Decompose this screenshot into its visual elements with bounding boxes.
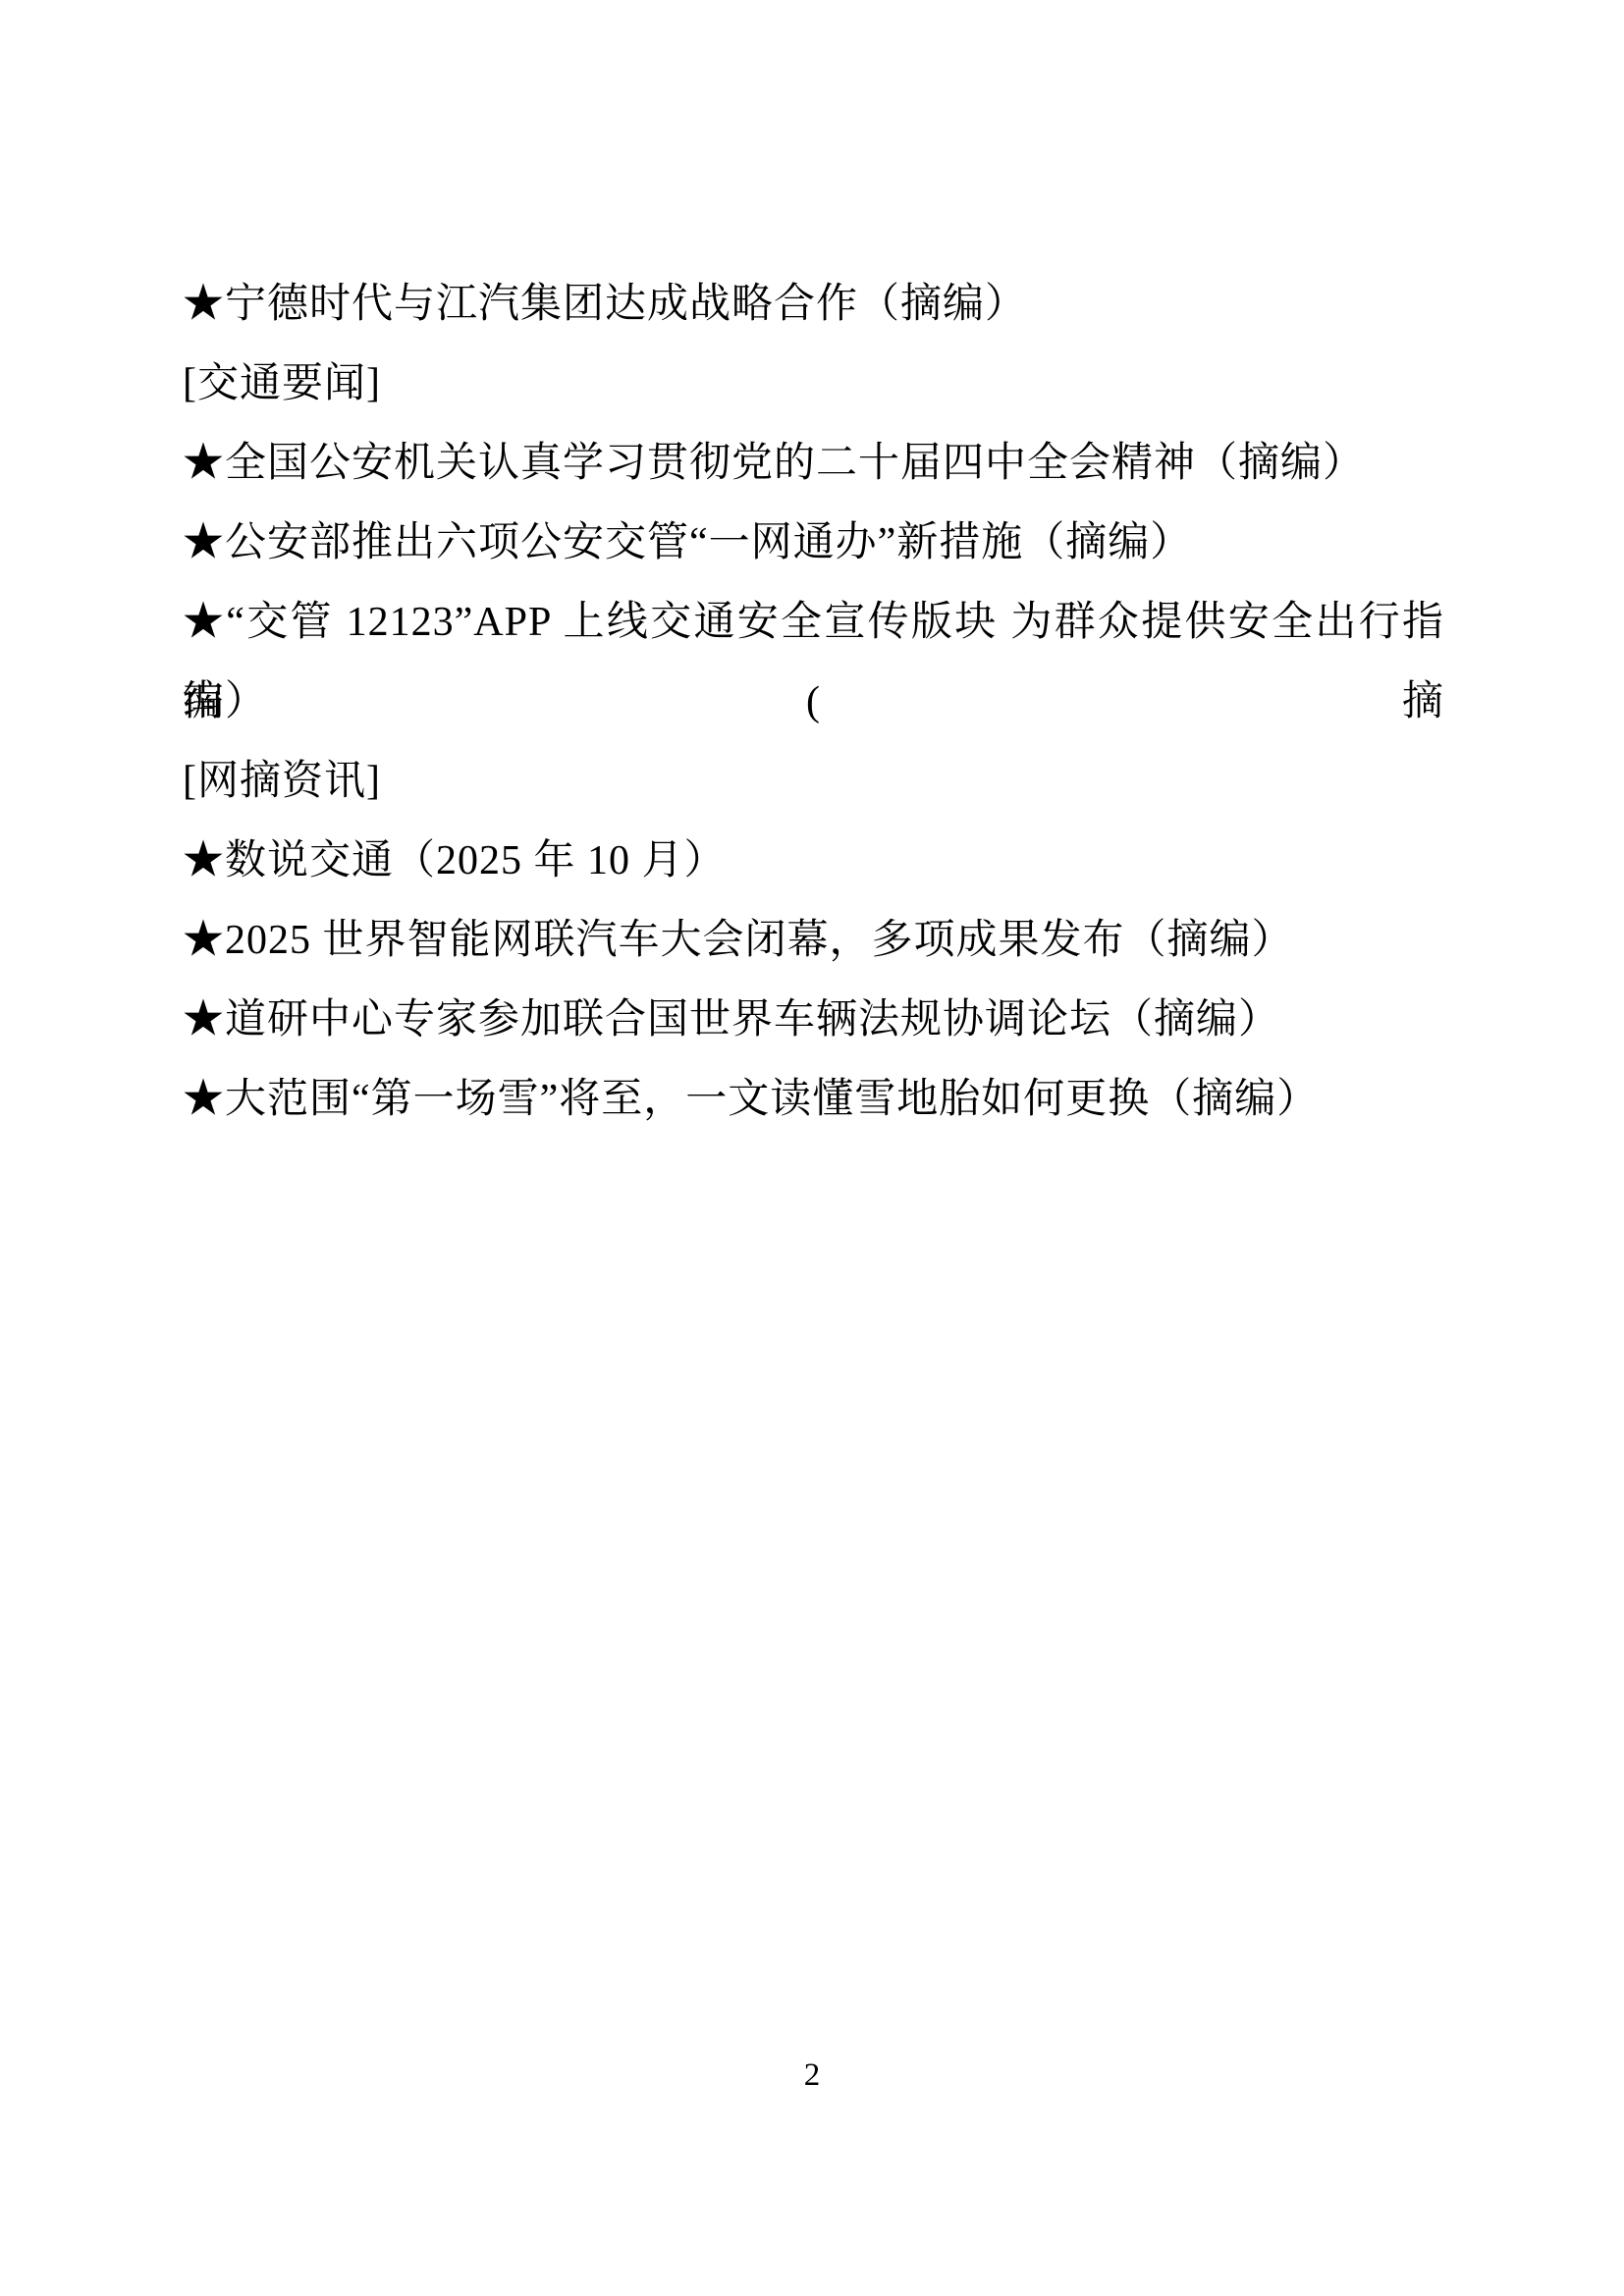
section-header: [交通要闻] [183,345,1444,424]
section-header: [网摘资讯] [183,742,1444,822]
toc-entry: ★公安部推出六项公安交管“一网通办”新措施（摘编） [183,504,1444,583]
document-page: ★宁德时代与江汽集团达成战略合作（摘编） [交通要闻] ★全国公安机关认真学习贯… [0,0,1624,2296]
toc-entry: ★大范围“第一场雪”将至，一文读懂雪地胎如何更换（摘编） [183,1060,1444,1140]
toc-entry: ★道研中心专家参加联合国世界车辆法规协调论坛（摘编） [183,981,1444,1060]
toc-entry: ★2025 世界智能网联汽车大会闭幕，多项成果发布（摘编） [183,901,1444,981]
toc-entry: ★数说交通（2025 年 10 月） [183,822,1444,901]
page-number: 2 [0,2056,1624,2095]
toc-entry-wrapped-line-1: ★“交管 12123”APP 上线交通安全宣传版块 为群众提供安全出行指南(摘 [183,583,1444,663]
toc-entry: ★全国公安机关认真学习贯彻党的二十届四中全会精神（摘编） [183,424,1444,504]
toc-entry: ★宁德时代与江汽集团达成战略合作（摘编） [183,265,1444,345]
toc-list: ★宁德时代与江汽集团达成战略合作（摘编） [交通要闻] ★全国公安机关认真学习贯… [183,265,1444,1140]
